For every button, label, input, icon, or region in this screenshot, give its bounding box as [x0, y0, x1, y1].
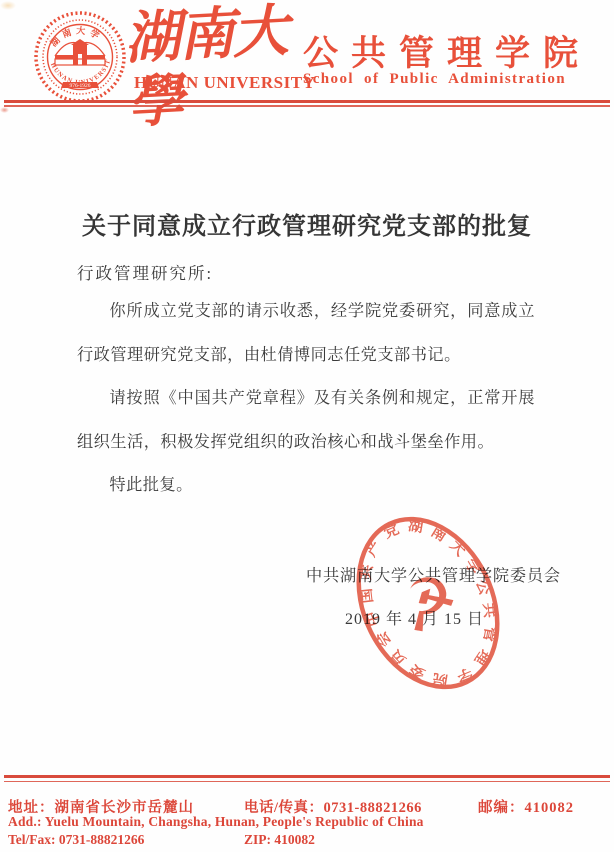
signature-date: 2019 年 4 月 15 日: [345, 606, 484, 629]
salutation: 行政管理研究所:: [77, 260, 213, 284]
footer-divider-thick: [4, 775, 610, 778]
university-emblem-logo: 湖南大学 HUNAN UNIVERSITY 976-1926: [33, 8, 127, 106]
header-divider-thick: [4, 100, 610, 103]
scan-smudge: [0, 107, 9, 113]
footer-address-en: Add.: Yuelu Mountain, Changsha, Hunan, P…: [8, 814, 424, 830]
signature-committee-name: 中共湖南大学公共管理学院委员会: [306, 562, 561, 586]
footer-zip-cn: 邮编：410082: [478, 796, 574, 817]
yuelu-gate-icon: [55, 39, 105, 65]
school-name-cn: 公共管理学院: [303, 26, 591, 76]
letter-body: 你所成立党支部的请示收悉，经学院党委研究，同意成立行政管理研究党支部，由杜倩博同…: [77, 290, 535, 508]
paragraph: 特此批复。: [77, 464, 535, 508]
paragraph: 你所成立党支部的请示收悉，经学院党委研究，同意成立行政管理研究党支部，由杜倩博同…: [77, 290, 535, 377]
svg-text:976-1926: 976-1926: [69, 83, 90, 89]
seal-ring-text: 中国共产党湖南大学公共管理学院委员会: [338, 498, 518, 708]
document-title: 关于同意成立行政管理研究党支部的批复: [0, 206, 614, 241]
university-name-en: HUNAN UNIVERSITY: [134, 73, 315, 93]
scan-smudge: [0, 1, 16, 10]
emblem-arc-bottom-text: HUNAN UNIVERSITY: [33, 8, 112, 86]
footer-zip-en: ZIP: 410082: [244, 832, 315, 848]
party-committee-seal: 中国共产党湖南大学公共管理学院委员会 ☭: [338, 498, 518, 708]
university-name-calligraphy: 湖南大學: [123, 0, 319, 135]
header-divider-thin: [4, 105, 610, 107]
footer-contact-cn: 地址：湖南省长沙市岳麓山 电话/传真：0731-88821266 邮编：4100…: [0, 796, 614, 814]
footer-divider-thin: [4, 781, 610, 782]
paragraph: 请按照《中国共产党章程》及有关条例和规定，正常开展组织生活，积极发挥党组织的政治…: [77, 377, 535, 464]
seal-outer-ring: [338, 498, 518, 708]
emblem-banner: 976-1926: [61, 82, 99, 89]
scanned-official-letter: 湖南大学 HUNAN UNIVERSITY 976-1926 湖南大學 HUNA…: [0, 0, 614, 852]
school-name-en: School of Public Administration: [303, 71, 566, 88]
footer-telfax-en: Tel/Fax: 0731-88821266: [8, 832, 144, 848]
